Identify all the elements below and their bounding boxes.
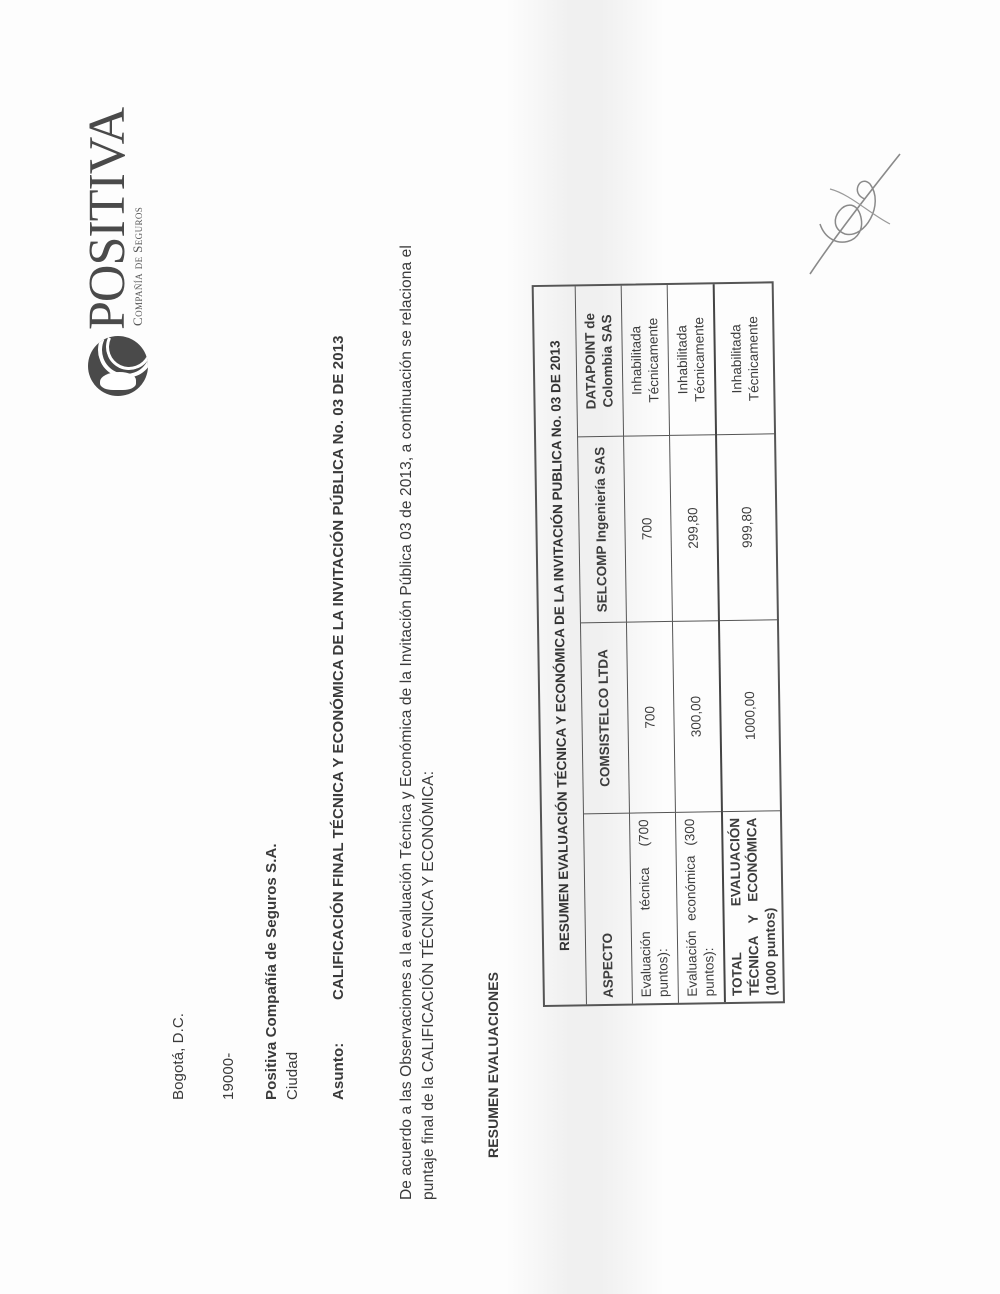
section-heading: RESUMEN EVALUACIONES [485, 972, 501, 1158]
row-label: TOTAL EVALUACIÓN TÉCNICA Y ECONÓMICA (10… [727, 817, 780, 996]
document-page: POSITIVA Compañía de Seguros Bogotá, D.C… [0, 0, 1000, 1294]
recipient-name: Positiva Compañía de Seguros S.A. [263, 843, 280, 1100]
cell-value: 700 [627, 622, 675, 814]
row-label: Evaluación económica (300 puntos): [682, 818, 719, 997]
cell-value: 999,80 [717, 434, 779, 621]
cell-value: Inhabilitada Técnicamente [622, 285, 669, 437]
positiva-logo: POSITIVA Compañía de Seguros [86, 136, 152, 396]
logo-subtitle: Compañía de Seguros [130, 207, 146, 326]
cell-value: 299,80 [670, 435, 718, 622]
positiva-logo-icon [88, 336, 148, 396]
letter-reference: 19000- [220, 1053, 237, 1100]
cell-value: 1000,00 [720, 620, 782, 812]
subject-label: Asunto: [330, 1043, 347, 1100]
letter-city: Bogotá, D.C. [170, 1013, 187, 1100]
cell-value: Inhabilitada Técnicamente [668, 284, 715, 436]
body-line-1: De acuerdo a las Observaciones a la eval… [398, 245, 416, 1200]
evaluation-summary-table: RESUMEN EVALUACIÓN TÉCNICA Y ECONÓMICA D… [532, 281, 785, 1007]
recipient-city: Ciudad [284, 1052, 301, 1100]
handwritten-signature-icon [790, 144, 910, 284]
row-label: Evaluación técnica (700 puntos): [636, 819, 673, 998]
cell-value: 300,00 [673, 621, 721, 813]
subject-text: CALIFICACIÓN FINAL TÉCNICA Y ECONÓMICA D… [330, 335, 347, 1000]
table-total-row: TOTAL EVALUACIÓN TÉCNICA Y ECONÓMICA (10… [713, 283, 785, 1002]
cell-value: Inhabilitada Técnicamente [715, 283, 776, 435]
cell-value: 700 [624, 436, 672, 623]
header-selcomp: SELCOMP Ingeniería SAS [578, 437, 626, 624]
header-datapoint: DATAPOINT de Colombia SAS [576, 286, 623, 438]
header-aspecto: ASPECTO [584, 814, 632, 1005]
body-line-2: puntaje final de la CALIFICACIÓN TÉCNICA… [420, 771, 438, 1200]
logo-brand-name: POSITIVA [82, 108, 134, 330]
header-comsistelco: COMSISTELCO LTDA [581, 623, 629, 815]
